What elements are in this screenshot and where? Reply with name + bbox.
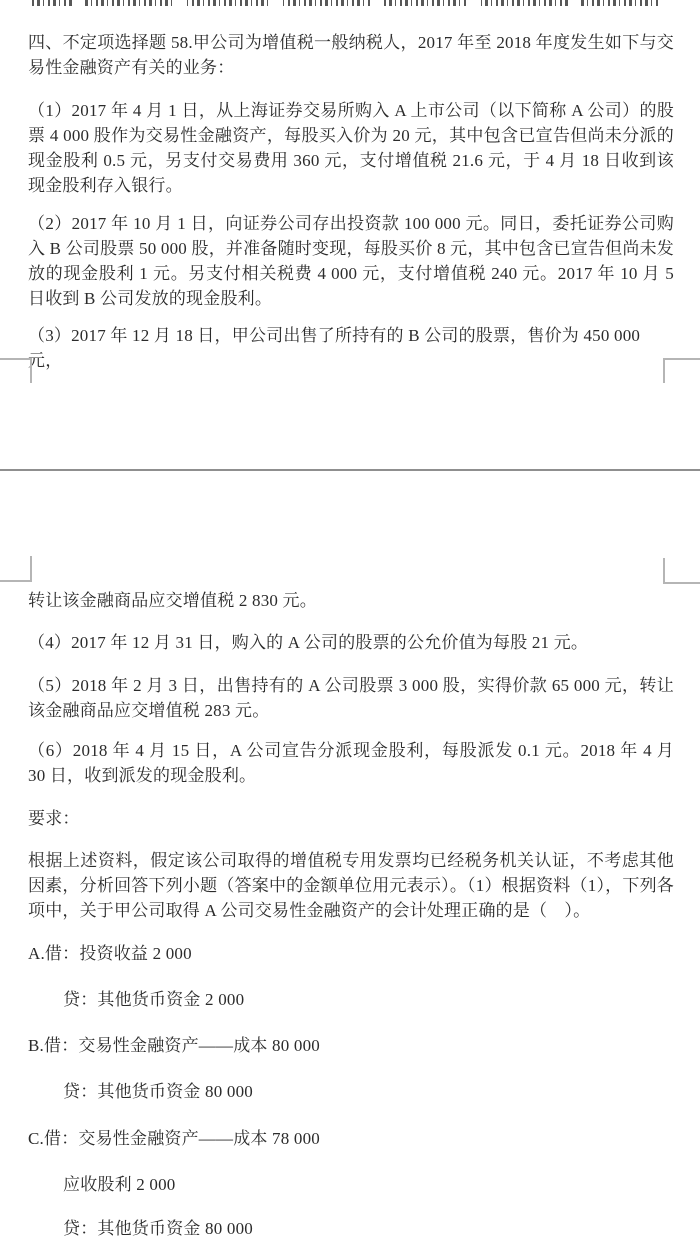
scanned-exam-document: 四、不定项选择题 58.甲公司为增值税一般纳税人，2017 年至 2018 年度… xyxy=(0,0,700,1244)
page-separator-line xyxy=(0,469,700,471)
crop-mark-page1-bottom-left xyxy=(0,358,32,383)
question-item-1: （1）2017 年 4 月 1 日，从上海证券交易所购入 A 上市公司（以下简称… xyxy=(28,98,674,198)
question-item-2: （2）2017 年 10 月 1 日，向证券公司存出投资款 100 000 元。… xyxy=(28,211,674,311)
crop-mark-page1-bottom-right xyxy=(663,358,700,383)
question-item-3-start: （3）2017 年 12 月 18 日，甲公司出售了所持有的 B 公司的股票，售… xyxy=(28,323,674,373)
question-item-4: （4）2017 年 12 月 31 日，购入的 A 公司的股票的公允价值为每股 … xyxy=(28,630,674,655)
requirement-label: 要求： xyxy=(28,806,674,831)
clipped-text-remnant xyxy=(32,0,658,6)
crop-mark-page2-top-left xyxy=(0,556,32,582)
answer-option-b-credit: 贷：其他货币资金 80 000 xyxy=(63,1081,674,1103)
answer-option-c-debit: C.借：交易性金融资产——成本 78 000 xyxy=(28,1128,674,1150)
answer-option-c-credit: 贷：其他货币资金 80 000 xyxy=(63,1218,674,1240)
question-item-3-end: 转让该金融商品应交增值税 2 830 元。 xyxy=(28,588,674,613)
section-heading: 四、不定项选择题 58.甲公司为增值税一般纳税人，2017 年至 2018 年度… xyxy=(28,30,674,80)
requirement-text: 根据上述资料，假定该公司取得的增值税专用发票均已经税务机关认证，不考虑其他因素，… xyxy=(28,848,674,923)
answer-option-a-debit: A.借：投资收益 2 000 xyxy=(28,943,674,965)
answer-option-a-credit: 贷：其他货币资金 2 000 xyxy=(63,989,674,1011)
question-item-5: （5）2018 年 2 月 3 日，出售持有的 A 公司股票 3 000 股，实… xyxy=(28,673,674,723)
answer-option-b-debit: B.借：交易性金融资产——成本 80 000 xyxy=(28,1035,674,1057)
crop-mark-page2-top-right xyxy=(663,558,700,584)
question-item-6: （6）2018 年 4 月 15 日，A 公司宣告分派现金股利，每股派发 0.1… xyxy=(28,738,674,788)
answer-option-c-debit-dividend: 应收股利 2 000 xyxy=(63,1174,674,1196)
